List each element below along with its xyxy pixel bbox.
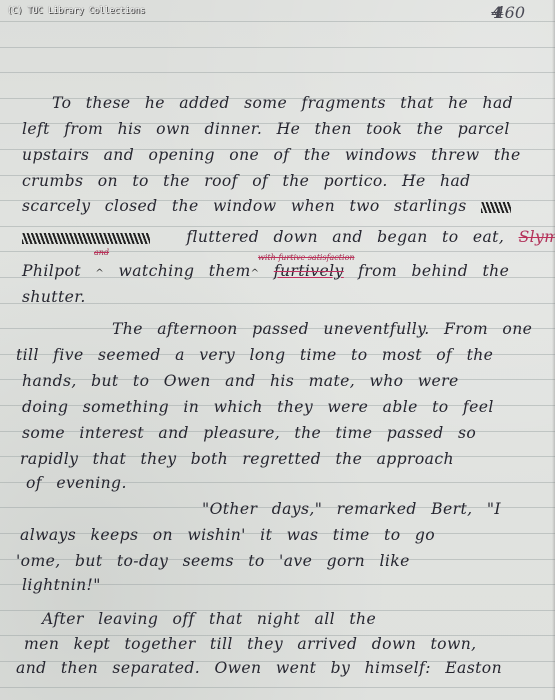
manuscript-line: 'ome, but to-day seems to 'ave gorn like <box>16 552 410 570</box>
ruled-line <box>0 21 555 22</box>
manuscript-line: upstairs and opening one of the windows … <box>22 146 521 164</box>
struck-red-word: Slyme <box>519 228 555 246</box>
red-insert-and: and <box>94 248 109 257</box>
manuscript-line: After leaving off that night all the <box>42 610 376 628</box>
crossed-out-scribble <box>22 233 150 244</box>
line-text: watching them <box>118 262 250 280</box>
line-text: fluttered down and began to eat, <box>186 228 504 246</box>
manuscript-line: some interest and pleasure, the time pas… <box>22 424 476 442</box>
manuscript-line: shutter. <box>22 288 86 306</box>
manuscript-line: always keeps on wishin' it was time to g… <box>20 526 435 544</box>
manuscript-line: "Other days," remarked Bert, "I <box>202 500 501 518</box>
manuscript-line: left from his own dinner. He then took t… <box>22 120 510 138</box>
ruled-line <box>0 687 555 688</box>
manuscript-line: till five seemed a very long time to mos… <box>16 346 493 364</box>
insertion-caret: ^ <box>95 268 104 279</box>
ruled-line <box>0 47 555 48</box>
manuscript-line: doing something in which they were able … <box>22 398 494 416</box>
struck-word-furtively: furtively <box>274 262 344 280</box>
manuscript-line: Philpot ^ watching them^ furtively from … <box>22 262 509 280</box>
ruled-line <box>0 72 555 73</box>
manuscript-line: and then separated. Owen went by himself… <box>16 659 502 677</box>
manuscript-line: scarcely closed the window when two star… <box>22 197 511 215</box>
folio-value: 460 <box>494 3 525 22</box>
ruled-line <box>0 226 555 227</box>
copyright-watermark: (C) TUC Library Collections <box>7 6 145 16</box>
manuscript-line: fluttered down and began to eat, Slyme <box>22 228 555 246</box>
manuscript-line: To these he added some fragments that he… <box>52 94 513 112</box>
manuscript-line: The afternoon passed uneventfully. From … <box>112 320 532 338</box>
manuscript-line: men kept together till they arrived down… <box>24 635 477 653</box>
red-insert-with-furtive-satisfaction: with furtive satisfaction <box>258 253 355 262</box>
line-text: scarcely closed the window when two star… <box>22 197 467 215</box>
manuscript-line: rapidly that they both regretted the app… <box>20 450 454 468</box>
insertion-caret: ^ <box>251 268 260 279</box>
name-philpot: Philpot <box>22 262 81 280</box>
manuscript-line: of evening. <box>26 474 127 492</box>
manuscript-line: crumbs on to the roof of the portico. He… <box>22 172 471 190</box>
manuscript-page: (C) TUC Library Collections 4460 To thes… <box>0 0 555 700</box>
manuscript-line: hands, but to Owen and his mate, who wer… <box>22 372 459 390</box>
line-text: from behind the <box>358 262 509 280</box>
folio-number: 4460 <box>491 3 533 22</box>
manuscript-line: lightnin!" <box>22 576 101 594</box>
ruled-line <box>0 251 555 252</box>
crossed-out-scribble <box>481 202 511 213</box>
